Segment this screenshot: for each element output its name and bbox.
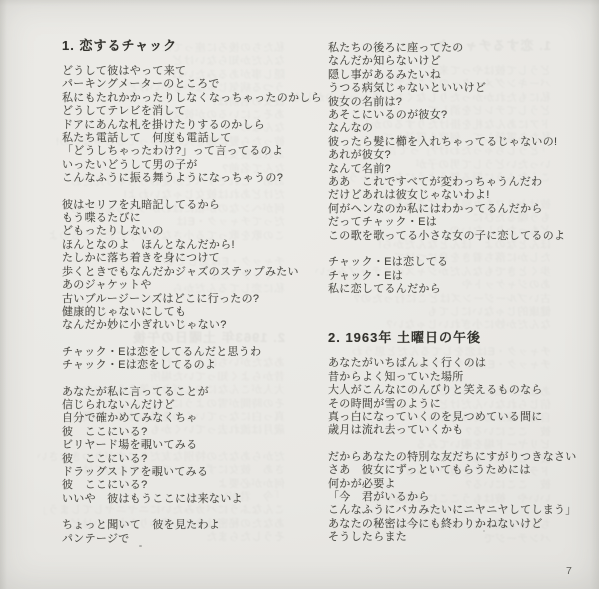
lyric-line: 信じられないんだけど <box>62 399 324 412</box>
lyric-line: パンテージで <box>62 533 324 546</box>
lyric-line: ドアにあんな札を掛けたりするのかしら <box>62 119 324 132</box>
lyric-line: あなたがいちばんよく行くのは <box>328 357 590 370</box>
scan-speck <box>139 545 142 547</box>
lyrics-column-left: 1. 恋するチャックどうして彼はやって来てパーキングメーターのところで私にもたれ… <box>62 38 324 559</box>
lyrics-column-right: 私たちの後ろに座ってたのなんだか知らないけど隠し事があるみたいねうつる病気じゃな… <box>328 42 590 558</box>
lyric-line: だってチャック・Eは <box>328 216 590 229</box>
lyric-line: こんなふうにバカみたいにニヤニヤしてしまう」 <box>328 504 590 517</box>
lyric-line: 何がヘンなのか私にはわかってるんだから <box>328 203 590 216</box>
lyric-line: 彼 ここにいる? <box>62 453 324 466</box>
lyric-line: 「今 君がいるから <box>328 491 590 504</box>
lyric-line: さあ 彼女にずっといてもらうためには <box>328 464 590 477</box>
lyric-line: あのジャケットや <box>62 279 324 292</box>
song-title: 2. 1963年 土曜日の午後 <box>328 330 590 346</box>
lyric-line: 健康的じゃないにしても <box>62 306 324 319</box>
lyric-line: だからあなたの特別な友だちにすがりつきなさい <box>328 451 590 464</box>
lyric-line: なんなの <box>328 122 590 135</box>
lyric-line: 歳月は流れ去っていくかも <box>328 424 590 437</box>
lyric-line: なんだか知らないけど <box>328 55 590 68</box>
lyric-line: チャック・Eは <box>328 270 590 283</box>
lyric-line: もう喋るたびに <box>62 212 324 225</box>
lyric-line: だけどあれは彼女じゃないわよ! <box>328 189 590 202</box>
lyric-line: パーキングメーターのところで <box>62 78 324 91</box>
stanza: あなたが私に言ってることが信じられないんだけど自分で確かめてみなくちゃ彼 ここに… <box>62 386 324 507</box>
lyric-line: あそこにいるのが彼女? <box>328 109 590 122</box>
lyric-line: 大人がこんなにのんびりと笑えるものなら <box>328 384 590 397</box>
lyric-line: 「どうしちゃったわけ?」って言ってるのよ <box>62 145 324 158</box>
lyric-line: ドラッグストアを覗いてみる <box>62 466 324 479</box>
lyric-line: チャック・Eは恋してる <box>328 256 590 269</box>
lyric-line: なんだか妙に小ぎれいじゃない? <box>62 319 324 332</box>
lyric-line: 彼 ここにいる? <box>62 479 324 492</box>
page-content: 1. 恋するチャックどうして彼はやって来てパーキングメーターのところで私にもたれ… <box>0 0 599 589</box>
lyric-line: 古いブルージーンズはどこに行ったの? <box>62 293 324 306</box>
lyric-line: 真っ白になっていくのを見つめている間に <box>328 411 590 424</box>
lyric-line: 隠し事があるみたいね <box>328 69 590 82</box>
lyric-line: ああ これですべてが変わっちゃうんだわ <box>328 176 590 189</box>
stanza: だからあなたの特別な友だちにすがりつきなさいさあ 彼女にずっといてもらうためには… <box>328 451 590 545</box>
lyric-line: 自分で確かめてみなくちゃ <box>62 412 324 425</box>
lyric-line: うつる病気じゃないといいけど <box>328 82 590 95</box>
lyric-line: 彼女の名前は? <box>328 96 590 109</box>
lyric-line: どもったりしないの <box>62 225 324 238</box>
scan-speck <box>483 530 485 532</box>
lyric-line: 私たち電話して 何度も電話して <box>62 132 324 145</box>
stanza: 彼はセリフを丸暗記してるからもう喋るたびにどもったりしないのほんとなのよ ほんと… <box>62 199 324 333</box>
lyric-line: そうしたらまた <box>328 531 590 544</box>
lyric-line: どうしてテレビを消して <box>62 105 324 118</box>
lyric-line: なんて名前? <box>328 163 590 176</box>
booklet-page: 1. 恋するチャックどうして彼はやって来てパーキングメーターのところで私にもたれ… <box>0 0 599 589</box>
lyric-line: 歩くときでもなんだかジャズのステップみたい <box>62 266 324 279</box>
lyric-line: 彼はセリフを丸暗記してるから <box>62 199 324 212</box>
lyric-line: いったいどうして男の子が <box>62 159 324 172</box>
song-title: 1. 恋するチャック <box>62 38 324 54</box>
lyric-line: 私たちの後ろに座ってたの <box>328 42 590 55</box>
lyric-line: チャック・Eは恋をしてるのよ <box>62 359 324 372</box>
lyric-line: 彼ったら髪に櫛を入れちゃってるじゃないの! <box>328 136 590 149</box>
lyric-line: 私にもたれかかったりしなくなっちゃったのかしら <box>62 92 324 105</box>
lyric-line: その時間が雪のように <box>328 398 590 411</box>
lyric-line: ちょっと聞いて 彼を見たわよ <box>62 519 324 532</box>
lyric-line: チャック・Eは恋をしてるんだと思うわ <box>62 346 324 359</box>
stanza: チャック・Eは恋をしてるんだと思うわチャック・Eは恋をしてるのよ <box>62 346 324 373</box>
lyric-line: ビリヤード場を覗いてみる <box>62 439 324 452</box>
lyric-line: たしかに落ち着きを身につけて <box>62 252 324 265</box>
page-number: 7 <box>566 565 572 577</box>
lyric-line: 昔からよく知っていた場所 <box>328 371 590 384</box>
lyric-line: 私に恋してるんだから <box>328 283 590 296</box>
lyric-line: あれが彼女? <box>328 149 590 162</box>
lyric-line: あなたの秘密は今にも終わりかねないけど <box>328 518 590 531</box>
stanza: ちょっと聞いて 彼を見たわよパンテージで <box>62 519 324 546</box>
stanza: あなたがいちばんよく行くのは昔からよく知っていた場所大人がこんなにのんびりと笑え… <box>328 357 590 437</box>
lyric-line: ほんとなのよ ほんとなんだから! <box>62 239 324 252</box>
lyric-line: この歌を歌ってる小さな女の子に恋してるのよ <box>328 230 590 243</box>
lyric-line: いいや 彼はもうここには来ないよ <box>62 493 324 506</box>
stanza: 私たちの後ろに座ってたのなんだか知らないけど隠し事があるみたいねうつる病気じゃな… <box>328 42 590 243</box>
stanza: チャック・Eは恋してるチャック・Eは私に恋してるんだから <box>328 256 590 296</box>
stanza: どうして彼はやって来てパーキングメーターのところで私にもたれかかったりしなくなっ… <box>62 65 324 186</box>
lyric-line: どうして彼はやって来て <box>62 65 324 78</box>
lyric-line: 何かが必要よ <box>328 478 590 491</box>
lyric-line: 彼 ここにいる? <box>62 426 324 439</box>
lyric-line: こんなふうに振る舞うようになっちゃうの? <box>62 172 324 185</box>
lyric-line: あなたが私に言ってることが <box>62 386 324 399</box>
